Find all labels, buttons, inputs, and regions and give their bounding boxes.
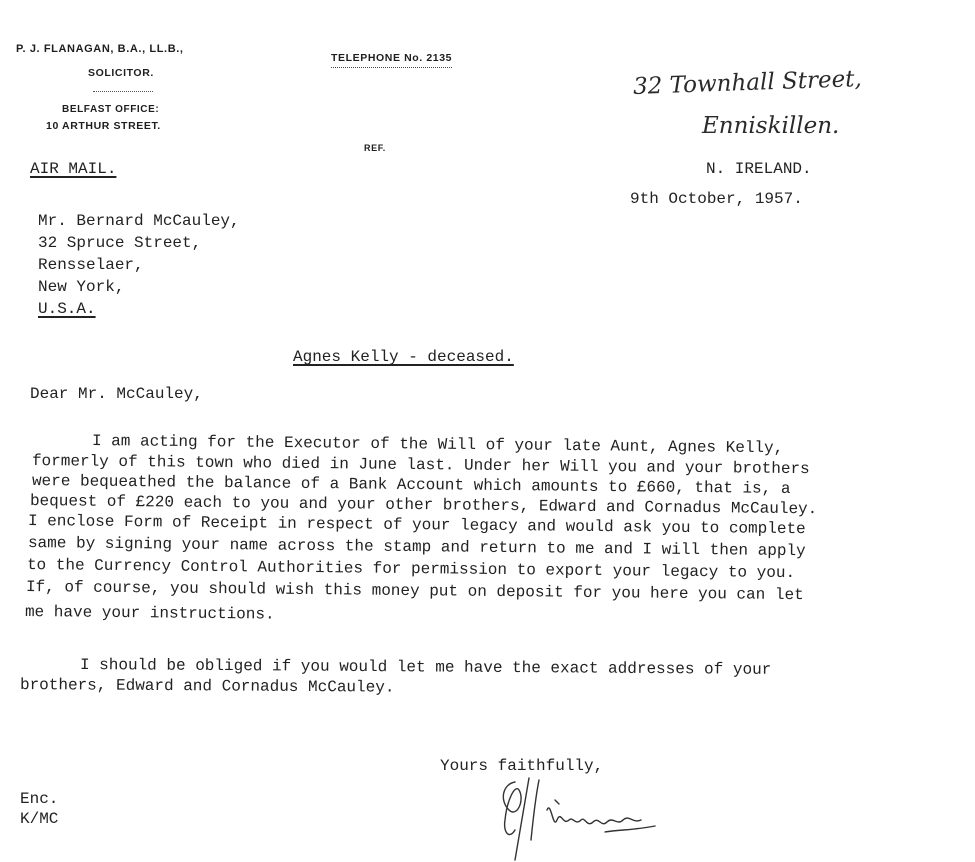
body-line: same by signing your name across the sta… <box>28 534 806 560</box>
body-line: me have your instructions. <box>25 603 275 624</box>
body-line: I should be obliged if you would let me … <box>80 656 771 679</box>
sender-country: N. IRELAND. <box>706 160 812 178</box>
letter-date: 9th October, 1957. <box>630 190 803 208</box>
body-line: to the Currency Control Authorities for … <box>27 556 795 582</box>
salutation: Dear Mr. McCauley, <box>30 385 203 403</box>
reference-initials: K/MC <box>20 810 58 828</box>
signature-icon <box>485 770 685 862</box>
recipient-line: 32 Spruce Street, <box>38 234 201 252</box>
body-line: If, of course, you should wish this mone… <box>26 578 804 604</box>
recipient-line: U.S.A. <box>38 300 96 318</box>
recipient-line: Mr. Bernard McCauley, <box>38 212 240 230</box>
letterhead-solicitor-name: P. J. FLANAGAN, B.A., LL.B., <box>16 43 184 55</box>
subject-line: Agnes Kelly - deceased. <box>293 348 514 366</box>
letterhead-office-address: 10 ARTHUR STREET. <box>46 120 161 132</box>
letterhead-divider <box>93 91 153 92</box>
letterhead-ref-label: REF. <box>364 143 386 153</box>
letterhead-office-label: BELFAST OFFICE: <box>62 104 159 115</box>
recipient-line: Rensselaer, <box>38 256 144 274</box>
body-line: brothers, Edward and Cornadus McCauley. <box>20 676 395 697</box>
letterhead-title: SOLICITOR. <box>88 67 154 79</box>
sender-town: Enniskillen. <box>702 113 839 139</box>
recipient-line: New York, <box>38 278 124 296</box>
delivery-method: AIR MAIL. <box>30 160 116 178</box>
enclosure-note: Enc. <box>20 790 58 808</box>
sender-street: 32 Townhall Street, <box>633 66 863 100</box>
letterhead-telephone: TELEPHONE No. 2135 <box>331 52 452 68</box>
